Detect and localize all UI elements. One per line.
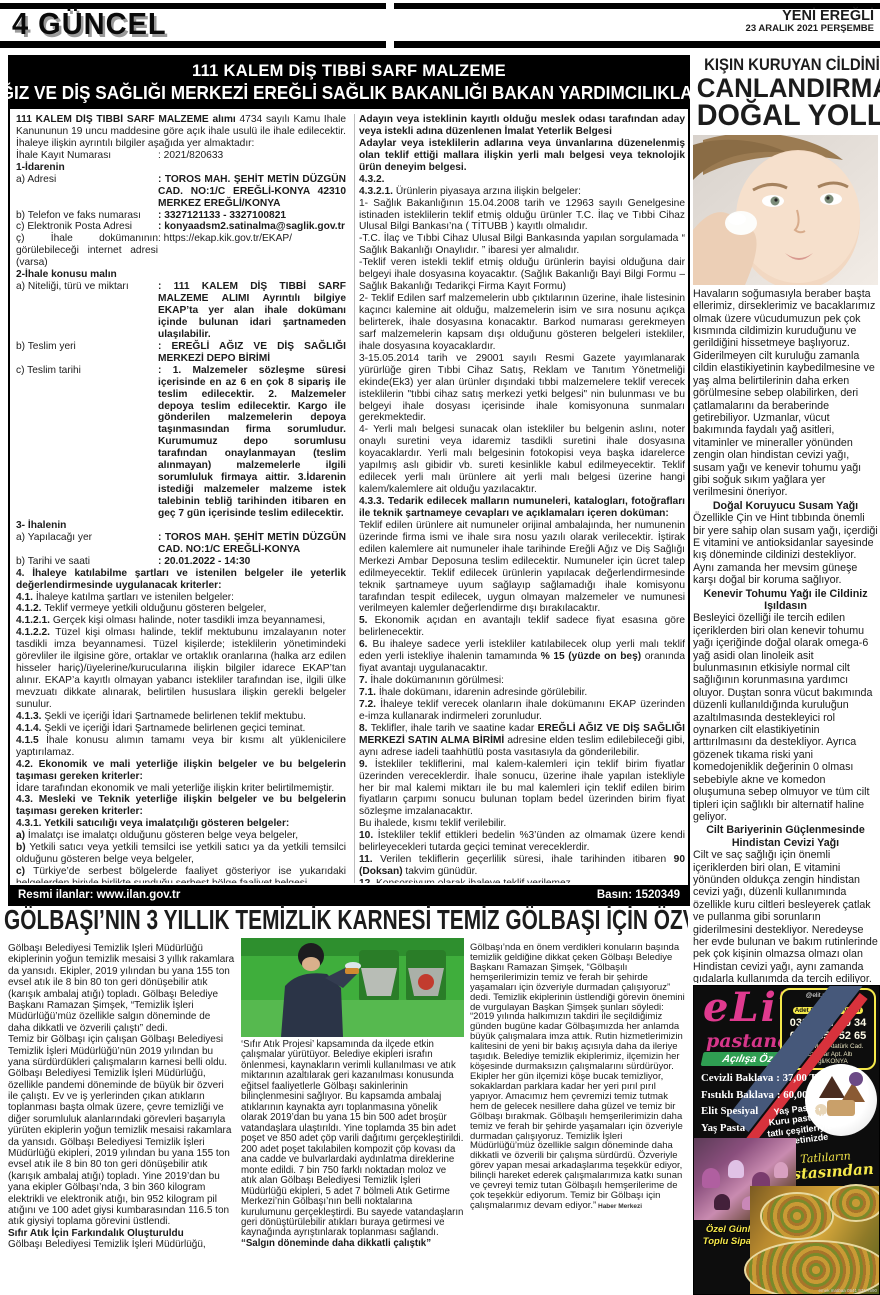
paragraph: Havaların soğumasıyla beraber başta elle… [693, 288, 878, 499]
baklava-trays-photo [750, 1186, 879, 1294]
paragraph: 4.3.3. Tedarik edilecek malların numunel… [359, 496, 685, 520]
field-row: ç) İhale dokümanının görülebileceği inte… [16, 233, 346, 269]
golbasi-column-3: Gölbaşı’nda en önem verdikleri konuların… [470, 943, 687, 1293]
paragraph: 12. Konsorsiyum olarak ihaleye teklif ve… [359, 878, 685, 883]
skin-care-article: KIŞIN KURUYAN CİLDİNİZİ CANLANDIRMANIN D… [693, 55, 878, 981]
paragraph: Adayın veya isteklinin kayıtlı olduğu me… [359, 114, 685, 138]
face-cream-photo [693, 135, 878, 285]
header-bottom-rule-right [394, 41, 880, 48]
paragraph: 4.3. Mesleki ve Teknik yeterliğe ilişkin… [16, 794, 346, 818]
paragraph: 4.1.2.2. Tüzel kişi olması halinde, tekl… [16, 627, 346, 711]
press-number: Basın: 1520349 [597, 889, 680, 901]
paragraph: Gölbaşı Belediyesi Temizlik İşleri Müdür… [8, 943, 235, 1034]
field-row: a) Adresi: TOROS MAH. ŞEHİT METİN DÜZGÜN… [16, 174, 346, 210]
paragraph: Gölbaşı Belediyesi Temizlik İşleri Müdür… [8, 1239, 235, 1250]
paragraph: 11. Verilen tekliflerin geçerlilik süres… [359, 854, 685, 878]
paragraph: 4. İhaleye katılabilme şartları ve isten… [16, 568, 346, 592]
paragraph: 4.1.3. Şekli ve içeriği İdari Şartnamede… [16, 711, 346, 723]
subheading: Kenevir Tohumu Yağı ile Cildiniz Işıldas… [693, 588, 878, 613]
tender-title-line2: AĞIZ VE DİŞ SAĞLIĞI MERKEZİ EREĞLİ SAĞLI… [0, 82, 710, 104]
paragraph: 7.2. İhaleye teklif verecek olanların ih… [359, 699, 685, 723]
paragraph: 3-15.05.2014 tarih ve 29001 sayılı Resmi… [359, 353, 685, 425]
masthead-title: YENİ EREĞLİ [746, 9, 874, 24]
official-announcements-url: Resmi ilanlar: www.ilan.gov.tr [18, 889, 180, 901]
tender-title: 111 KALEM DİŞ TIBBİ SARF MALZEME AĞIZ VE… [10, 57, 688, 109]
paragraph: ‘Sıfır Atık Projesi’ kapsamında da ilçed… [241, 1040, 464, 1239]
article-headline-line1: CANLANDIRMANIN [697, 75, 875, 101]
field-row: b) Tarihi ve saati: 20.01.2022 - 14:30 [16, 556, 346, 568]
subheading: Cilt Bariyerinin Güçlenmesinde Hindistan… [693, 824, 878, 849]
recycling-bins-photo [241, 938, 464, 1037]
paragraph: Temiz bir Gölbaşı için çalışan Gölbaşı B… [8, 1034, 235, 1228]
tender-column-left: 111 KALEM DİŞ TIBBİ SARF MALZEME alımı 4… [16, 114, 346, 883]
paragraph: c) Türkiye’de serbest bölgelerde faaliye… [16, 866, 346, 883]
paragraph: b) Yetkili satıcı veya yetkili temsilci … [16, 842, 346, 866]
field-row: b) Teslim yeri: EREĞLİ AĞIZ VE DİŞ SAĞLI… [16, 341, 346, 365]
field-row: a) Niteliği, türü ve miktarı: 111 KALEM … [16, 281, 346, 341]
article-kicker: KIŞIN KURUYAN CİLDİNİZİ [704, 55, 867, 75]
golbasi-column-1: Gölbaşı Belediyesi Temizlik İşleri Müdür… [8, 943, 235, 1293]
paragraph: -Teklif veren istekli teklif etmiş olduğ… [359, 257, 685, 293]
paragraph: 10. İstekliler teklif ettikleri bedelin … [359, 830, 685, 854]
field-row: b) Telefon ve faks numarası: 3327121133 … [16, 210, 346, 222]
paragraph: Teklif edilen ürünlere ait numuneler ori… [359, 520, 685, 616]
field-row: a) Yapılacağı yer: TOROS MAH. ŞEHİT METİ… [16, 532, 346, 556]
masthead: YENİ EREĞLİ 23 ARALIK 2021 PERŞEMBE [746, 9, 874, 34]
subheading: Doğal Koruyucu Susam Yağı [693, 500, 878, 512]
paragraph: Besleyici özelliği ile tercih edilen içe… [693, 612, 878, 823]
bakery-ad: eLiT pastanesi @elit.patisserie Adet Ser… [693, 985, 880, 1295]
article-body: Havaların soğumasıyla beraber başta elle… [693, 288, 878, 983]
tender-column-right: Adayın veya isteklinin kayıtlı olduğu me… [354, 114, 685, 883]
header-bottom-rule-left [0, 41, 386, 48]
paragraph: 4.3.1. Yetkili satıcılığı veya imalatçıl… [16, 818, 346, 830]
paragraph: 5. Ekonomik açıdan en avantajlı teklif s… [359, 615, 685, 639]
tender-title-line1: 111 KALEM DİŞ TIBBİ SARF MALZEME [192, 62, 506, 81]
paragraph: 2- Teklif Edilen sarf malzemelerin ubb ç… [359, 293, 685, 353]
newspaper-page: 4 GÜNCEL YENİ EREĞLİ 23 ARALIK 2021 PERŞ… [0, 0, 880, 1295]
paragraph: 7. İhale dokümanının görülmesi: [359, 675, 685, 687]
paragraph: İdare tarafından ekonomik ve mali yeterl… [16, 783, 346, 795]
tender-notice: 111 KALEM DİŞ TIBBİ SARF MALZEME AĞIZ VE… [8, 55, 690, 906]
paragraph: “Salgın döneminde daha dikkatli çalıştık… [241, 1239, 464, 1249]
byline: Haber Merkezi [596, 1203, 642, 1210]
paragraph: -T.C. İlaç ve Tıbbi Cihaz Ulusal Bilgi B… [359, 233, 685, 257]
paragraph: Cilt ve saç sağlığı için önemli içerikle… [693, 849, 878, 983]
paragraph: 7.1. İhale dokümanı, idarenin adresinde … [359, 687, 685, 699]
tender-footer: Resmi ilanlar: www.ilan.gov.tr Basın: 15… [10, 885, 688, 904]
paragraph: 4.2. Ekonomik ve mali yeterliğe ilişkin … [16, 759, 346, 783]
paragraph: Bu ihalede, kısmı teklif verilebilir. [359, 818, 685, 830]
paragraph: 4- Yerli malı belgesi sunacak olan istek… [359, 424, 685, 496]
paragraph: 4.3.2.1. Ürünlerin piyasaya arzına ilişk… [359, 186, 685, 198]
print-credit: emek matbaa 0541 971 7590 [818, 1288, 877, 1293]
paragraph: 1-İdarenin [16, 162, 346, 174]
paragraph: 4.1. İhaleye katılma şartları ve istenil… [16, 592, 346, 604]
paragraph: 4.3.2. [359, 174, 685, 186]
field-row: c) Elektronik Posta Adresi: konyaadsm2.s… [16, 221, 346, 233]
paragraph: 4.1.5 İhale konusu alımın tamamı veya bi… [16, 735, 346, 759]
paragraph: 9. İstekliler tekliflerini, mal kalem-ka… [359, 759, 685, 819]
paragraph: 3- İhalenin [16, 520, 346, 532]
paragraph: 111 KALEM DİŞ TIBBİ SARF MALZEME alımı 4… [16, 114, 346, 150]
paragraph: Gölbaşı’nda en önem verdikleri konuların… [470, 943, 687, 1211]
paragraph: 2-İhale konusu malın [16, 269, 346, 281]
paragraph: 4.1.2. Teklif vermeye yetkili olduğunu g… [16, 603, 346, 615]
paragraph: a) İmalatçı ise imalatçı olduğunu göster… [16, 830, 346, 842]
field-row: c) Teslim tarihi: 1. Malzemeler sözleşme… [16, 365, 346, 520]
paragraph: 8. Teklifler, ihale tarih ve saatine kad… [359, 723, 685, 759]
field-row: İhale Kayıt Numarası: 2021/820633 [16, 150, 346, 162]
paragraph: Özellikle Çin ve Hint tıbbında önemli bi… [693, 512, 878, 586]
paragraph: 4.1.4. Şekli ve içeriği İdari Şartnamede… [16, 723, 346, 735]
paragraph: Adaylar veya isteklilerin adlarına veya … [359, 138, 685, 174]
golbasi-headline: GÖLBAŞI’NIN 3 YILLIK TEMİZLİK KARNESİ TE… [4, 904, 688, 940]
paragraph: 6. Bu ihaleye sadece yerli istekliler ka… [359, 639, 685, 675]
paragraph: Sıfır Atık İçin Farkındalık Oluşturuldu [8, 1228, 235, 1239]
section-label: 4 GÜNCEL [12, 8, 167, 43]
golbasi-column-2: ‘Sıfır Atık Projesi’ kapsamında da ilçed… [241, 938, 464, 1293]
masthead-date: 23 ARALIK 2021 PERŞEMBE [746, 24, 874, 34]
paragraph: 1- Sağlık Bakanlığının 15.04.2008 tarih … [359, 198, 685, 234]
paragraph: 4.1.2.1. Gerçek kişi olması halinde, not… [16, 615, 346, 627]
article-headline-line2: DOĞAL YOLLARI [697, 101, 875, 130]
